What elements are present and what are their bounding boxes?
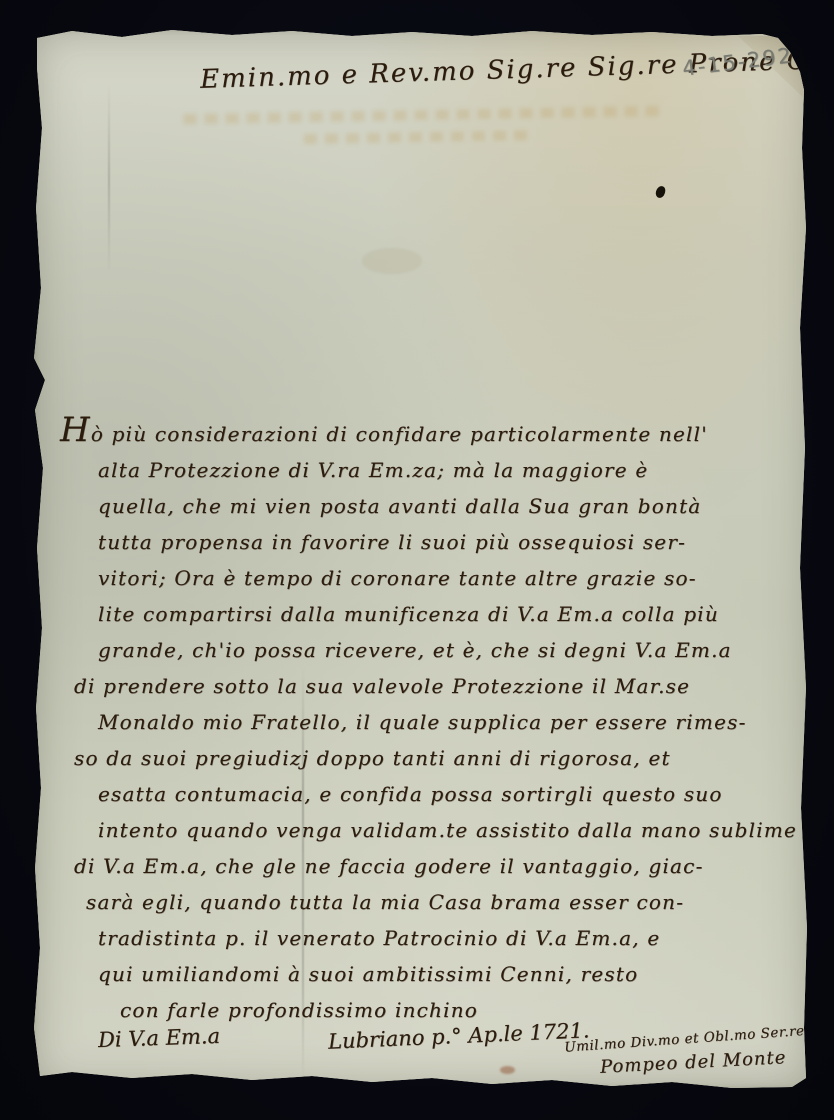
paper-stain	[500, 1066, 515, 1074]
scan-background: Emin.mo e Rev.mo Sig.re Sig.re Prone Col…	[0, 0, 834, 1120]
body-line: sarà egli, quando tutta la mia Casa bram…	[60, 884, 784, 920]
ink-showthrough	[184, 106, 663, 170]
body-line: di prendere sotto la sua valevole Protez…	[60, 668, 784, 704]
body-line: di V.a Em.a, che gle ne faccia godere il…	[60, 848, 784, 884]
paper-crease	[108, 84, 110, 274]
body-line: quella, che mi vien posta avanti dalla S…	[60, 488, 784, 524]
body-line: so da suoi pregiudizj doppo tanti anni d…	[60, 740, 784, 776]
closing-left: Di V.a Em.a	[98, 1024, 221, 1052]
body-line: Monaldo mio Fratello, il quale supplica …	[60, 704, 784, 740]
body-line: con farle profondissimo inchino	[60, 992, 784, 1028]
body-line: grande, ch'io possa ricevere, et è, che …	[60, 632, 784, 668]
body-line: Hò più considerazioni di confidare parti…	[60, 412, 784, 452]
body-line: qui umiliandomi à suoi ambitissimi Cenni…	[60, 956, 784, 992]
body-line: tradistinta p. il venerato Patrocinio di…	[60, 920, 784, 956]
body-line: tutta propensa in favorire li suoi più o…	[60, 524, 784, 560]
body-line: esatta contumacia, e confida possa sorti…	[60, 776, 784, 812]
signature: Pompeo del Monte	[600, 1047, 787, 1078]
body-line: vitori; Ora è tempo di coronare tante al…	[60, 560, 784, 596]
body-line: intento quando venga validam.te assistit…	[60, 812, 784, 848]
letter-body: Hò più considerazioni di confidare parti…	[60, 412, 784, 1028]
ink-blot	[72, 1074, 79, 1083]
letter-page: Emin.mo e Rev.mo Sig.re Sig.re Prone Col…	[32, 28, 812, 1090]
showthrough-line	[304, 130, 534, 144]
body-line: lite compartirsi dalla munificenza di V.…	[60, 596, 784, 632]
paper-stain	[362, 248, 422, 274]
body-line: alta Protezzione di V.ra Em.za; mà la ma…	[60, 452, 784, 488]
showthrough-line	[184, 106, 662, 124]
ink-blot	[655, 185, 667, 199]
